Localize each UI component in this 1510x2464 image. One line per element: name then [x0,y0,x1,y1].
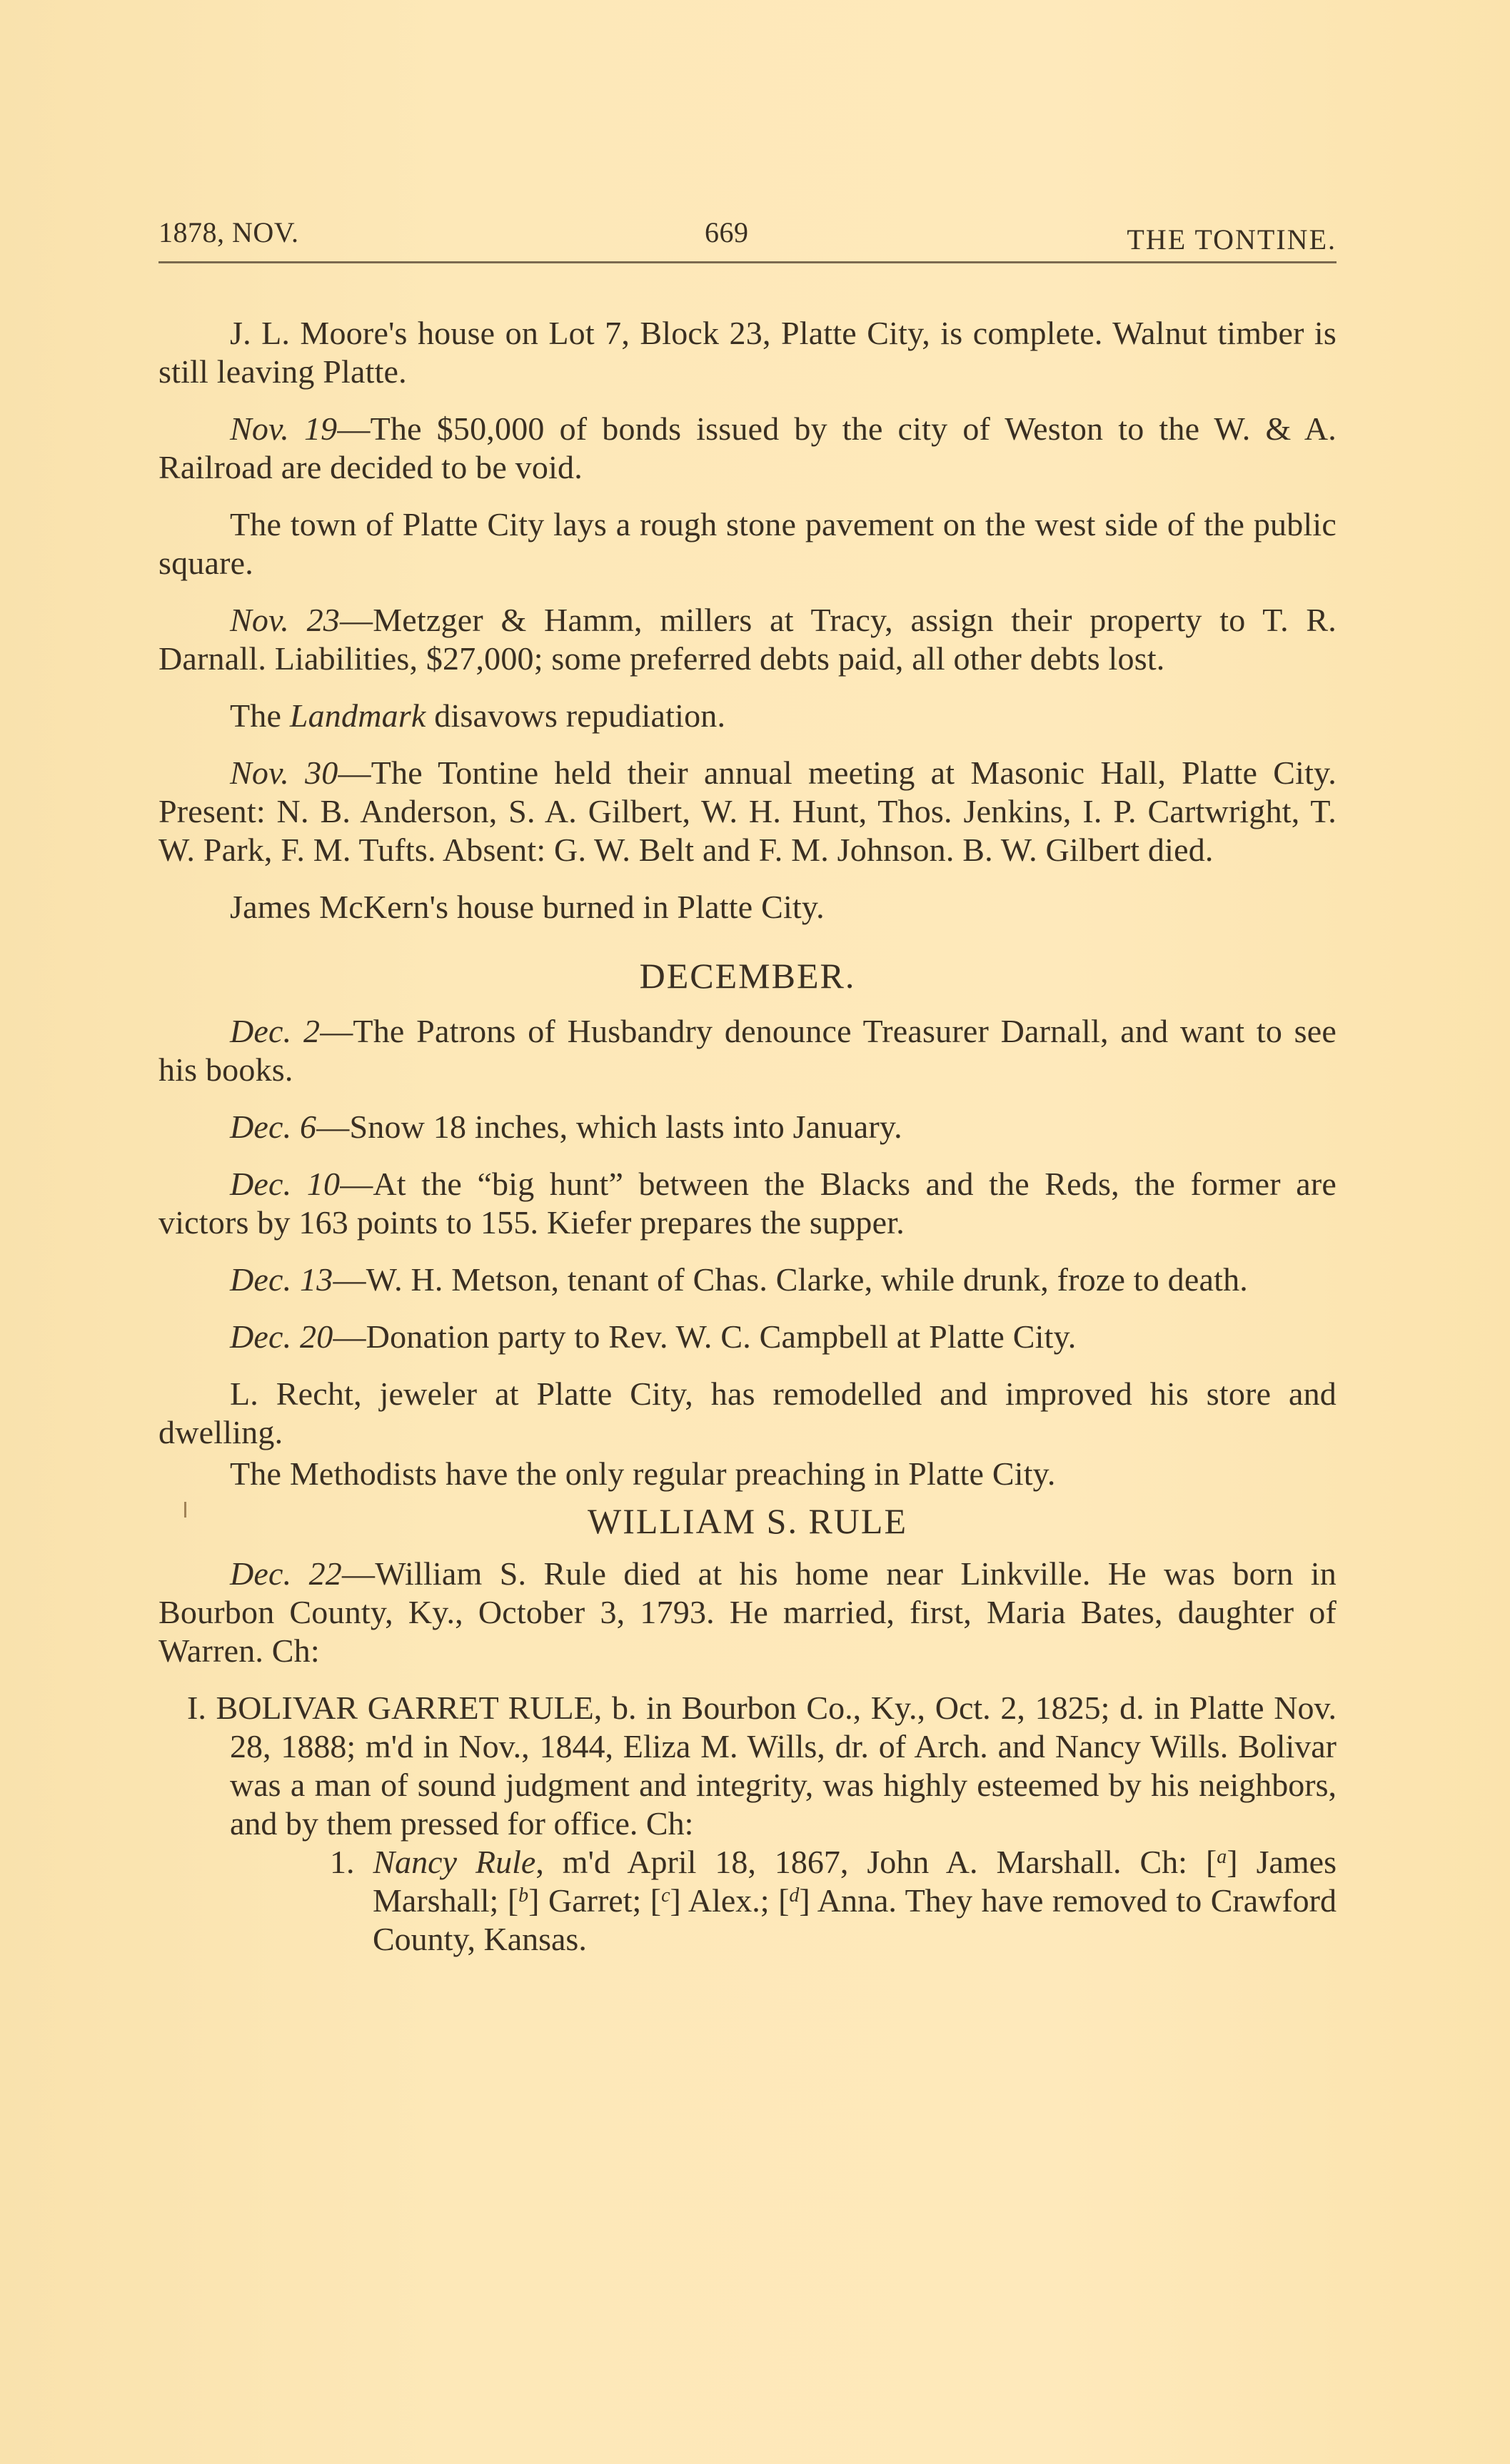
genealogy-entry-bolivar: I. BOLIVAR GARRET RULE, b. in Bourbon Co… [158,1689,1337,1843]
entry-date: Dec. 20 [230,1318,333,1355]
entry-date: Nov. 23 [230,602,340,638]
paragraph-nov23: Nov. 23—Metzger & Hamm, millers at Tracy… [158,601,1337,678]
entry-date: Dec. 22 [230,1555,342,1592]
header-rule [158,261,1337,263]
paragraph-methodists: The Methodists have the only regular pre… [158,1455,1337,1493]
entry-date: Dec. 6 [230,1109,316,1145]
footnote-marker: d [789,1884,799,1907]
entry-date: Dec. 13 [230,1261,333,1298]
newspaper-title: Landmark [290,697,426,734]
paragraph-nov19: Nov. 19—The $50,000 of bonds issued by t… [158,410,1337,487]
paragraph-mckern: James McKern's house burned in Platte Ci… [158,888,1337,926]
section-heading-december: DECEMBER. [158,955,1337,996]
paragraph-pavement: The town of Platte City lays a rough sto… [158,505,1337,582]
running-header: 1878, NOV. 669 THE TONTINE. [158,216,1337,258]
paragraph-dec22: Dec. 22—William S. Rule died at his home… [158,1555,1337,1670]
child-name: Nancy Rule [373,1844,536,1880]
footnote-marker: b [518,1884,528,1907]
entry-date: Nov. 30 [230,754,338,791]
paragraph-dec10: Dec. 10—At the “big hunt” between the Bl… [158,1165,1337,1242]
paragraph-dec2: Dec. 2—The Patrons of Husbandry denounce… [158,1012,1337,1089]
entry-date: Dec. 10 [230,1166,340,1202]
page-number: 669 [705,216,749,249]
entry-date: Dec. 2 [230,1013,320,1049]
paragraph-dec20: Dec. 20—Donation party to Rev. W. C. Cam… [158,1318,1337,1356]
header-title: THE TONTINE. [1127,223,1337,256]
footnote-marker: c [661,1884,670,1907]
paragraph-landmark: The Landmark disavows repudiation. [158,697,1337,735]
genealogy-child-nancy: 1. Nancy Rule, m'd April 18, 1867, John … [158,1843,1337,1959]
entry-date: Nov. 19 [230,410,337,447]
header-date: 1878, NOV. [158,216,299,249]
footnote-marker: a [1217,1846,1227,1868]
paragraph-dec13: Dec. 13—W. H. Metson, tenant of Chas. Cl… [158,1261,1337,1299]
section-heading-william-rule: WILLIAM S. RULE [158,1500,1337,1542]
paragraph-nov30: Nov. 30—The Tontine held their annual me… [158,754,1337,869]
paper-blemish [184,1502,186,1518]
paragraph-moore: J. L. Moore's house on Lot 7, Block 23, … [158,314,1337,391]
paragraph-dec6: Dec. 6—Snow 18 inches, which lasts into … [158,1108,1337,1146]
paragraph-recht: L. Recht, jeweler at Platte City, has re… [158,1375,1337,1452]
page-body: J. L. Moore's house on Lot 7, Block 23, … [158,314,1337,1959]
